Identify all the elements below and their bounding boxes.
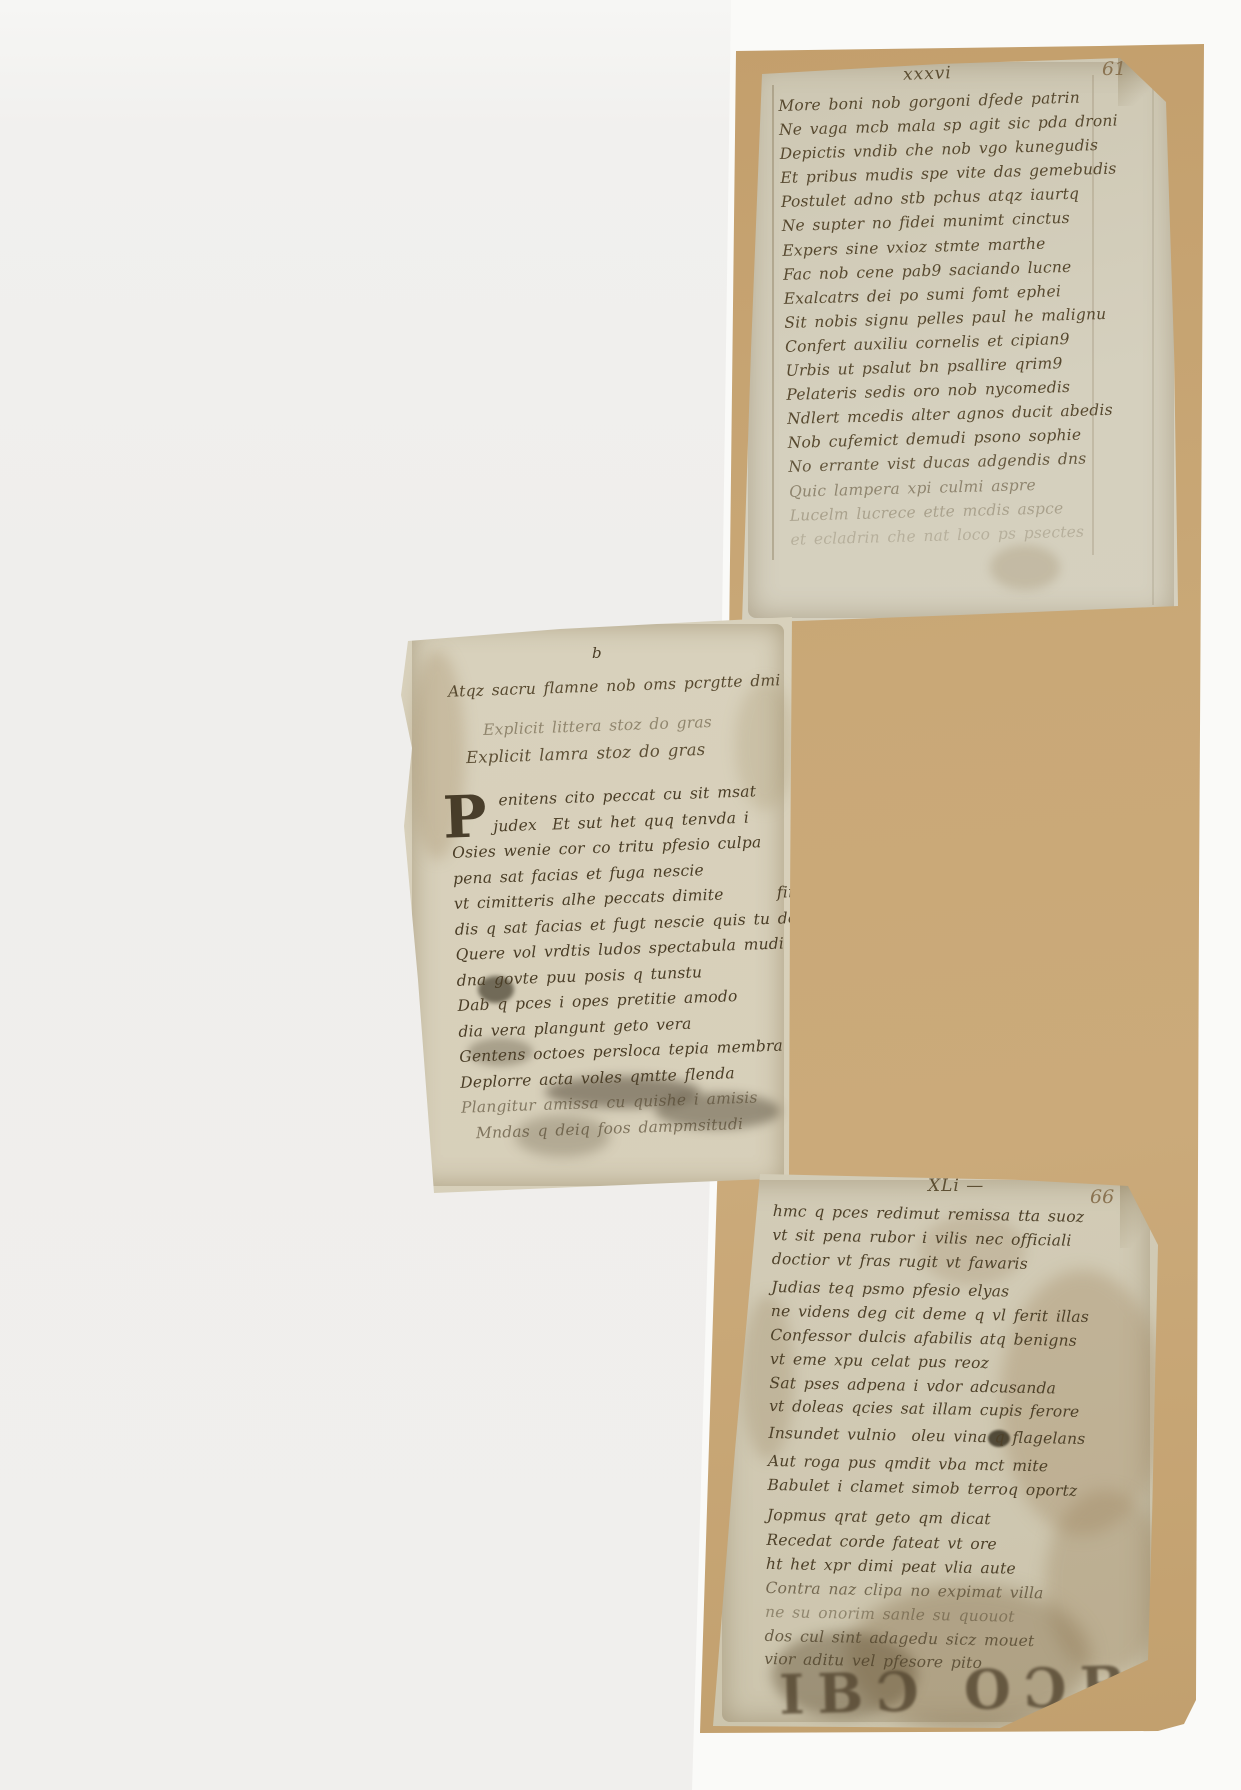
text-column: More boni nob gorgoni dfede patrinNe vag… <box>778 83 1183 552</box>
quire-mark: b <box>592 645 602 661</box>
explicit-line: Explicit lamra stoz do gras <box>466 738 706 770</box>
folio-number: 66 <box>1090 1186 1114 1208</box>
stain <box>990 545 1060 590</box>
manuscript-text-line: Atqz sacru flamne nob oms pcrgtte dmi <box>448 668 781 704</box>
text-column: hmc q pces redimut remissa tta suozvt si… <box>764 1200 1153 1679</box>
scan-canvas: xxxvi 61 More boni nob gorgoni dfede pat… <box>0 0 1241 1790</box>
manuscript-text-line: Insundet vulnio oleu vina q flagelans <box>768 1422 1148 1453</box>
chapter-number-heading: XLi — <box>928 1176 984 1196</box>
left-ruling-line <box>772 85 774 560</box>
text-column: enitens cito peccat cu sit msatjudex Et … <box>450 778 810 1147</box>
chapter-number-heading: xxxvi <box>903 63 952 85</box>
explicit-line: Explicit littera stoz do gras <box>483 710 713 742</box>
folio-number: 61 <box>1102 58 1126 80</box>
